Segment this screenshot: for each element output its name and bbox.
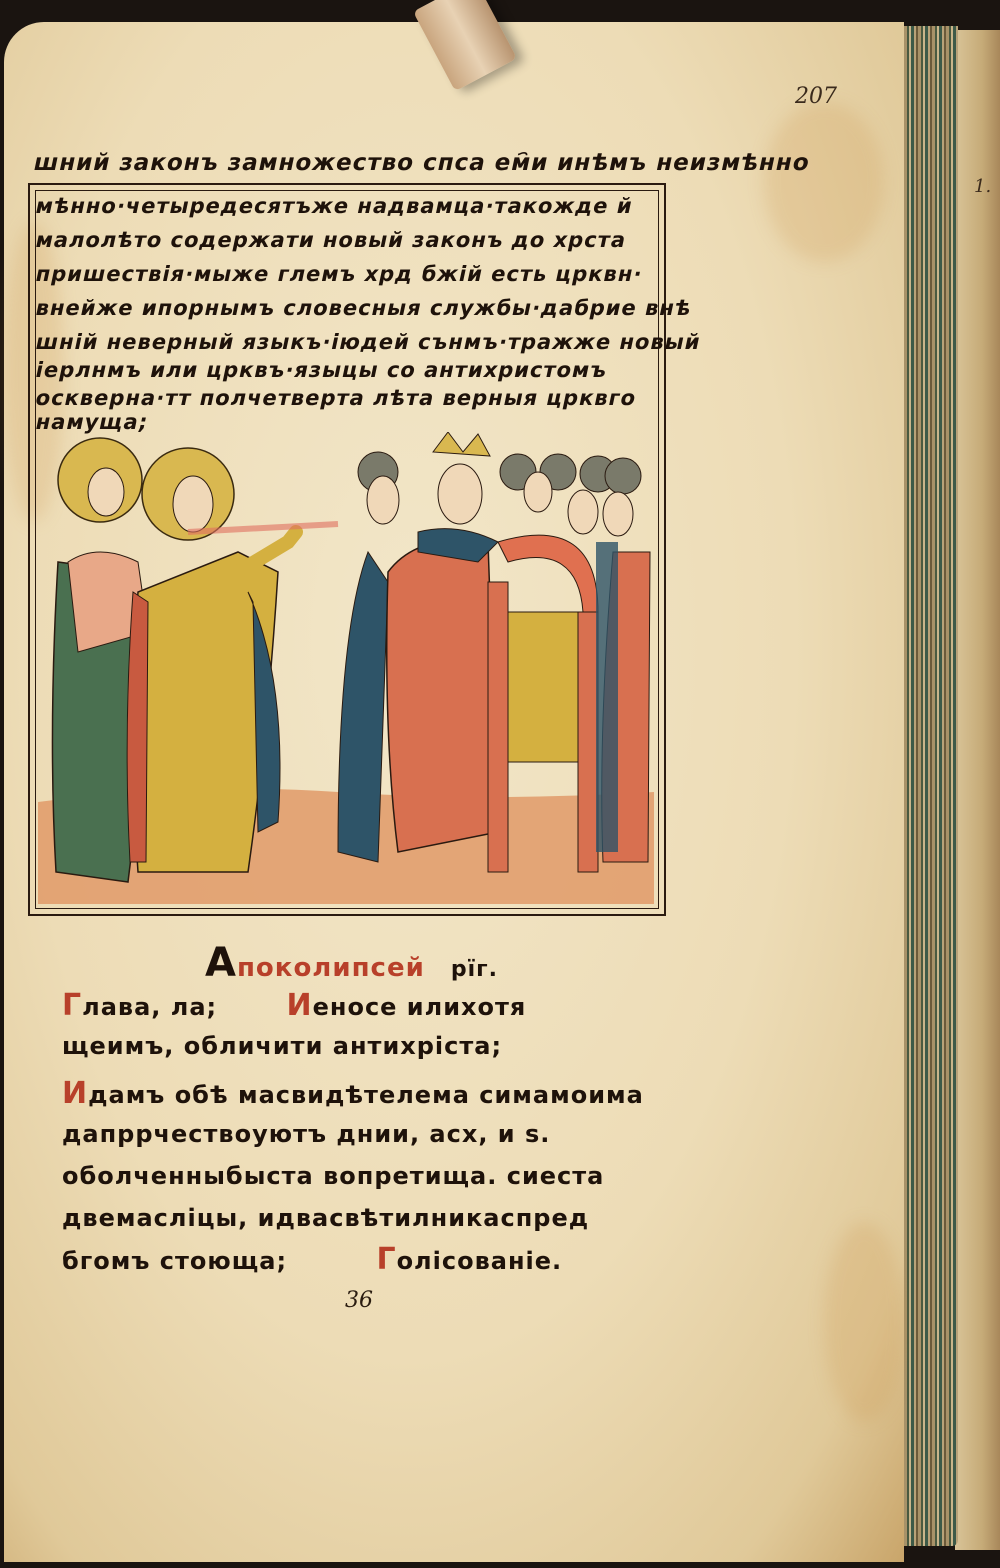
chapter-initial: А [205,940,237,986]
body-text: лава, ла; [82,993,217,1021]
framed-text-line: шній неверный языкъ·іюдей сънмъ·тражже н… [33,330,703,354]
body-line: двемасліцы, идвасвѣтилникаспред [62,1204,589,1232]
chapter-heading: Апоколипсей рїг. [205,940,498,986]
framed-text-line: мѣнно·четыредесятъже надвамца·такожде й [33,194,635,218]
body-text: бгомъ стоюща; [62,1247,287,1275]
page-number: 36 [345,1288,373,1313]
body-line: дапррчествоуютъ днии, асх, и ѕ. [62,1120,550,1148]
framed-text-line: внейже ипорнымъ словесныя службы·дабрие … [33,296,694,320]
framed-text-line: оскверна·тт полчетверта лѣта верныя цркв… [33,386,638,410]
stain [824,1222,904,1422]
framed-text-line: намуща; [33,410,150,434]
body-line: Глава, ла; Иеносе илихотя [62,988,526,1023]
stain [764,102,884,262]
folio-number: 207 [795,84,837,109]
body-line: Идамъ обѣ масвидѣтелема симамоима [62,1076,644,1111]
red-initial: И [286,988,312,1023]
framed-text-line: іерлнмъ или црквъ·языцы со антихристомъ [33,358,609,382]
red-initial: Г [62,988,82,1023]
framed-text-line: пришествія·мыже глемъ хрд бжій есть цркв… [33,262,645,286]
body-text: еносе илихотя [313,993,527,1021]
margin-mark: 1. [974,176,991,197]
red-initial: Г [376,1242,396,1277]
body-text: дамъ обѣ масвидѣтелема симамоима [88,1081,644,1109]
red-initial: И [62,1076,88,1111]
body-line: оболченныбыста вопретища. сиеста [62,1162,604,1190]
header-text-line: шний законъ замножество спса ем҄и инѣмъ … [31,150,812,176]
chapter-number: рїг. [451,957,498,982]
chapter-title: поколипсей [237,953,425,983]
framed-text-line: малолѣто содержати новый законъ до хрста [33,228,628,252]
illustration [38,432,654,904]
body-text: олісованіе. [397,1247,563,1275]
adjacent-pages [955,30,1000,1550]
body-line: бгомъ стоюща; Голісованіе. [62,1242,562,1277]
body-line: щеимъ, обличити антихріста; [62,1032,502,1060]
